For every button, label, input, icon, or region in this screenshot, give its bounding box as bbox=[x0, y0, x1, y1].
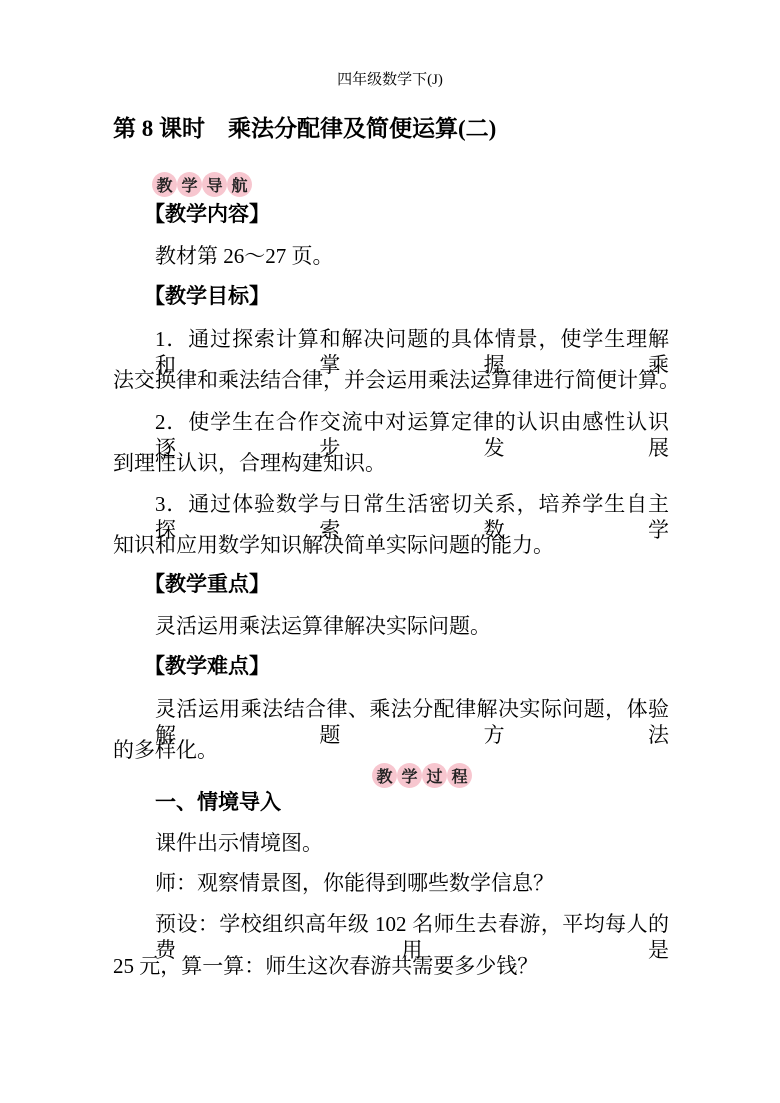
badge-nav-char-circle: 航 bbox=[227, 172, 252, 197]
section-heading-key-points: 【教学重点】 bbox=[113, 572, 700, 598]
goal-3-line-2: 知识和应用数学知识解决简单实际问题的能力。 bbox=[113, 532, 669, 558]
goal-2-line-2: 到理性认识，合理构建知识。 bbox=[113, 450, 669, 476]
badge-nav-char-circle: 导 bbox=[202, 172, 227, 197]
badge-teaching-navigation: 教 学 导 航 bbox=[152, 172, 252, 197]
situation-intro-text-3-line-2: 25 元，算一算：师生这次春游共需要多少钱？ bbox=[113, 953, 669, 979]
section-heading-difficult-points: 【教学难点】 bbox=[113, 654, 700, 680]
badge-process-char-circle: 学 bbox=[397, 763, 422, 788]
section-heading-teaching-content: 【教学内容】 bbox=[113, 202, 700, 228]
badge-process-char-circle: 程 bbox=[447, 763, 472, 788]
badge-nav-char-circle: 教 bbox=[152, 172, 177, 197]
difficult-points-line-2: 的多样化。 bbox=[113, 737, 669, 763]
key-points-text: 灵活运用乘法运算律解决实际问题。 bbox=[113, 613, 711, 639]
section-heading-teaching-goals: 【教学目标】 bbox=[113, 284, 700, 310]
subsection-heading-situation-intro: 一、情境导入 bbox=[113, 790, 711, 816]
teaching-content-text: 教材第 26～27 页。 bbox=[113, 243, 711, 269]
badge-teaching-process: 教 学 过 程 bbox=[372, 763, 472, 788]
goal-3-line-1: 3．通过体验数学与日常生活密切关系，培养学生自主探索数学 bbox=[113, 491, 669, 517]
goal-2-line-1: 2．使学生在合作交流中对运算定律的认识由感性认识逐步发展 bbox=[113, 409, 669, 435]
situation-intro-text-1: 课件出示情境图。 bbox=[113, 830, 711, 856]
difficult-points-line-1: 灵活运用乘法结合律、乘法分配律解决实际问题，体验解题方法 bbox=[113, 696, 669, 722]
situation-intro-text-3-line-1: 预设：学校组织高年级 102 名师生去春游，平均每人的费用是 bbox=[113, 911, 669, 937]
badge-process-char-circle: 过 bbox=[422, 763, 447, 788]
lesson-title: 第 8 课时 乘法分配律及简便运算(二) bbox=[113, 112, 713, 146]
badge-nav-char-circle: 学 bbox=[177, 172, 202, 197]
situation-intro-text-2: 师：观察情景图，你能得到哪些数学信息？ bbox=[113, 870, 711, 896]
badge-process-char-circle: 教 bbox=[372, 763, 397, 788]
goal-1-line-1: 1．通过探索计算和解决问题的具体情景，使学生理解和掌握乘 bbox=[113, 326, 669, 352]
document-page: 四年级数学下(J) 第 8 课时 乘法分配律及简便运算(二) 教 学 导 航 【… bbox=[0, 0, 780, 1103]
goal-1-line-2: 法交换律和乘法结合律，并会运用乘法运算律进行简便计算。 bbox=[113, 367, 669, 393]
page-header-text: 四年级数学下(J) bbox=[0, 70, 780, 90]
